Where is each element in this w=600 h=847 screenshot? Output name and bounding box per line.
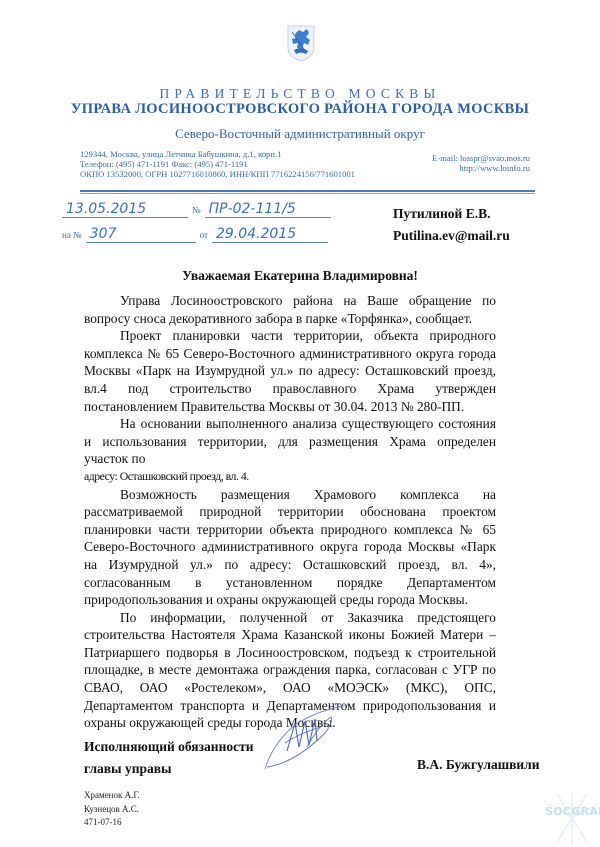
outgoing-registration: 13.05.2015 № ПР-02-111/5 [62,200,331,218]
watermark-logo: SOCGRAD [545,805,600,818]
letter-body: Управа Лосиноостровского района на Ваше … [84,292,496,732]
executor-name: Храменок А.Г. [84,789,140,803]
number-label: № [192,205,201,215]
government-heading: ПРАВИТЕЛЬСТВО МОСКВЫ [0,86,600,102]
watermark-rays-icon [545,790,600,847]
header-divider [80,190,535,192]
email-link[interactable]: E-mail: losspr@svao.mos.ru [432,153,530,163]
signer-title: Исполняющий обязанности главы управы [84,736,254,780]
from-label: от [200,230,208,240]
organization-heading: УПРАВА ЛОСИНООСТРОВСКОГО РАЙОНА ГОРОДА М… [0,101,600,118]
moscow-coat-of-arms-icon [286,24,316,62]
address-line: 129344, Москва, улица Летчика Бабушкина,… [80,149,355,159]
paragraph-continuation: адресу: Осташковский проезд, вл. 4. [84,468,496,486]
executor-phone: 471-07-16 [84,816,140,830]
recipient-name: Путилиной Е.В. [393,203,510,225]
paragraph: Возможность размещения Храмового комплек… [84,486,496,609]
incoming-registration: на № 307 от 29.04.2015 [62,225,328,243]
contacts-block: E-mail: losspr@svao.mos.ru http://www.lo… [432,153,530,173]
reply-number: 307 [86,227,196,243]
reply-label: на № [62,230,82,240]
outgoing-date: 13.05.2015 [62,202,188,218]
executor-name: Кузнецов А.С. [84,803,140,817]
header-divider-thin [80,193,535,194]
website-link[interactable]: http://www.loinfo.ru [432,163,530,173]
greeting: Уважаемая Екатерина Владимировна! [0,268,600,284]
signer-name: В.А. Бужгулашвили [417,757,540,773]
recipient-block: Путилиной Е.В. Putilina.ev@mail.ru [393,203,510,247]
registry-line: ОКПО 13532000, ОГРН 1027716010860, ИНН/К… [80,169,355,179]
executors-block: Храменок А.Г. Кузнецов А.С. 471-07-16 [84,789,140,830]
phone-line: Телефон: (495) 471-1191 Факс: (495) 471-… [80,159,355,169]
paragraph: Управа Лосиноостровского района на Ваше … [84,292,496,327]
district-heading: Северо-Восточный административный округ [0,126,600,142]
address-block: 129344, Москва, улица Летчика Бабушкина,… [80,149,355,180]
outgoing-number: ПР-02-111/5 [205,202,331,218]
paragraph: На основании выполненного анализа сущест… [84,415,496,468]
reply-date: 29.04.2015 [212,227,328,243]
signer-title-line: главы управы [84,758,254,780]
paragraph: Проект планировки части территории, объе… [84,327,496,415]
recipient-email: Putilina.ev@mail.ru [393,225,510,247]
handwritten-signature-icon [255,703,350,773]
signer-title-line: Исполняющий обязанности [84,736,254,758]
